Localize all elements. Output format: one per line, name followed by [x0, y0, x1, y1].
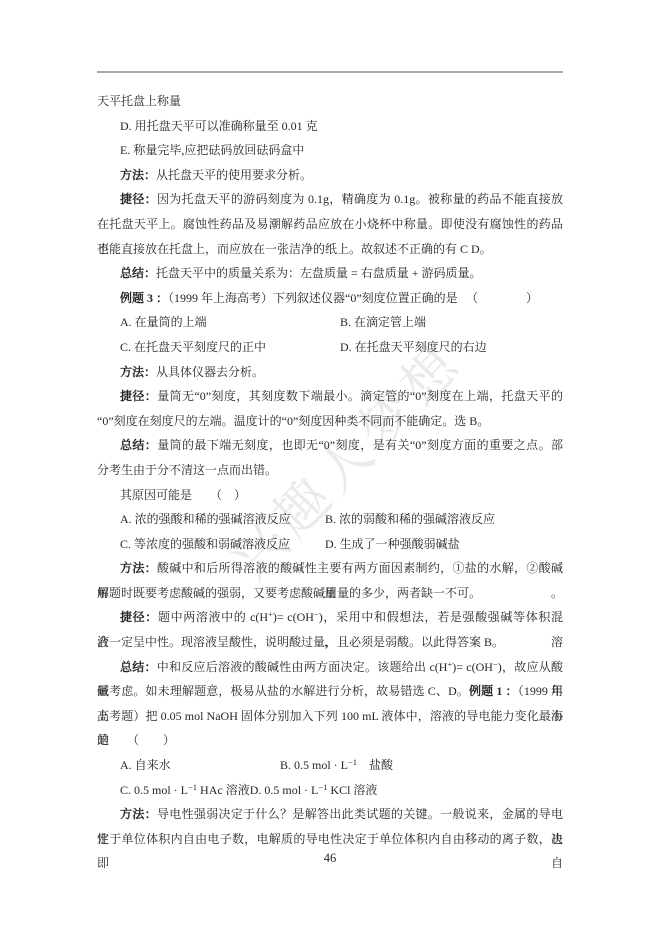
text-line: 方法：导电性强弱决定于什么？是解答出此类试题的关键。一般说来，金属的导电性决 [97, 802, 563, 827]
body-text: 托盘天平中的质量关系为：左盘质量 = 右盘质量 + 游码质量。 [156, 266, 482, 280]
body-text: 是 （ ） [97, 733, 175, 747]
body-text: )= c(OH [273, 610, 314, 624]
text-line: C. 0.5 mol · L−1 HAc 溶液D. 0.5 mol · L−1 … [97, 778, 563, 803]
text-line: 方法：从具体仪器去分析。 [97, 360, 563, 385]
label-text: 捷径： [120, 610, 158, 624]
text-line: C. 在托盘天平刻度尺的正中D. 在托盘天平刻度尺的右边 [97, 335, 563, 360]
body-text: )= c(OH [452, 660, 493, 674]
body-text: HAc 溶液D. 0.5 mol · L [197, 783, 318, 797]
option-item: A. 自来水 [120, 753, 171, 778]
body-text: “0”刻度在刻度尺的左端。温度计的“0”刻度因种类不同而不能确定。选 B。 [97, 414, 489, 428]
label-text: 方法： [120, 561, 157, 575]
option-item: D. 在托盘天平刻度尺的右边 [340, 335, 487, 360]
option-item: D. 生成了一种强酸弱碱盐 [325, 532, 460, 557]
option-item: C. 等浓度的强酸和弱碱溶液反应 [120, 532, 290, 557]
label-text: 例题 1 ： [469, 684, 518, 698]
text-line: A. 自来水B. 0.5 mol · L−1 盐酸 [97, 753, 563, 778]
text-line: “0”刻度在刻度尺的左端。温度计的“0”刻度因种类不同而不能确定。选 B。 [97, 409, 563, 434]
body-text: 中和反应后溶液的酸碱性由两方面决定。该题给出 c(H [157, 660, 448, 674]
text-line: 总结：量筒的最下端无刻度，也即无“0”刻度，是有关“0”刻度方面的重要之点。部 [97, 433, 563, 458]
text-line: 总结：中和反应后溶液的酸碱性由两方面决定。该题给出 c(H+)= c(OH−)，… [97, 655, 563, 680]
label-text: 方法： [120, 168, 156, 182]
label-text: 方法： [120, 807, 157, 821]
body-text: 从具体仪器去分析。 [156, 365, 264, 379]
text-line: 捷径：题中两溶液中的 c(H+)= c(OH−)，采用中和假想法，若是强酸强碱等… [97, 605, 563, 630]
body-text: 量考虑。如未理解题意，极易从盐的水解进行分析，故易错选 C、D。 [97, 684, 469, 698]
option-item: A. 浓的强酸和稀的强碱溶液反应 [120, 507, 291, 532]
text-line: 总结：托盘天平中的质量关系为：左盘质量 = 右盘质量 + 游码质量。 [97, 261, 563, 286]
body-text: B. 0.5 mol · L [280, 758, 348, 772]
text-line: 例题 3 ：（1999 年上海高考）下列叙述仪器“0”刻度位置正确的是（ ） [97, 286, 563, 311]
body-text: B. 在滴定管上端 [340, 315, 426, 329]
body-text: 其原因可能是 （ ） [120, 488, 246, 502]
label-text: 例题 3 ： [120, 291, 168, 305]
document-page: 兴趣人梦想 天平托盘上称量D. 用托盘天平可以准确称量至 0.01 克E. 称量… [0, 0, 660, 933]
text-line: 天平托盘上称量 [97, 89, 563, 114]
label-text: 总结： [120, 266, 156, 280]
header-rule [97, 71, 563, 73]
text-line: A. 浓的强酸和稀的强碱溶液反应B. 浓的弱酸和稀的强碱溶液反应 [97, 507, 563, 532]
option-item: A. 在量筒的上端 [120, 310, 207, 335]
text-line: 在托盘天平上。腐蚀性药品及易潮解药品应放在小烧杯中称量。即使没有腐蚀性的药品也 [97, 212, 563, 237]
body-text: 量筒无“0”刻度，其刻度数下端最小。滴定管的“0”刻度在上端，托盘天平的 [157, 389, 563, 403]
text-line: A. 在量筒的上端B. 在滴定管上端 [97, 310, 563, 335]
body-text: 天平托盘上称量 [97, 94, 181, 108]
text-line: D. 用托盘天平可以准确称量至 0.01 克 [97, 114, 563, 139]
option-item: B. 在滴定管上端 [340, 310, 426, 335]
label-text: 总结： [120, 438, 157, 452]
body-text: 不能直接放在托盘上，而应放在一张洁净的纸上。故叙述不正确的有 C D。 [97, 242, 492, 256]
body-text: C. 0.5 mol · L [120, 783, 188, 797]
text-line: 捷径：因为托盘天平的游码刻度为 0.1g，精确度为 0.1g。被称量的药品不能直… [97, 187, 563, 212]
body-text: A. 浓的强酸和稀的强碱溶液反应 [120, 512, 291, 526]
label-text: 捷径： [120, 389, 157, 403]
label-text: 总结： [120, 660, 157, 674]
body-text: 液一定呈中性。现溶液呈酸性，说明酸过量，且必须是弱酸。以此得答案 B。 [97, 635, 504, 649]
body-text: D. 生成了一种强酸弱碱盐 [325, 537, 460, 551]
body-text: D. 用托盘天平可以准确称量至 0.01 克 [120, 119, 318, 133]
label-text: 捷径： [120, 192, 157, 206]
option-item: （ ） [443, 286, 538, 311]
text-line: 定于单位体积内自由电子数，电解质的导电性决定于单位体积内自由移动的离子数，也即自 [97, 827, 563, 852]
body-text: 盐酸 [357, 758, 393, 772]
text-line: 方法：从托盘天平的使用要求分析。 [97, 163, 563, 188]
body-text: C. 等浓度的强酸和弱碱溶液反应 [120, 537, 290, 551]
body-text: （1999 年上海高考）下列叙述仪器“0”刻度位置正确的是 [168, 291, 458, 305]
body-text: 分考生由于分不清这一点而出错。 [97, 463, 277, 477]
text-line: 方法：酸碱中和后所得溶液的酸碱性主要有两方面因素制约，①盐的水解，②酸碱用量。 [97, 556, 563, 581]
body-text: −1 [188, 782, 197, 792]
body-text: 解题时既要考虑酸碱的强弱，又要考虑酸碱用量的多少，两者缺一不可。 [97, 586, 481, 600]
text-line: 解题时既要考虑酸碱的强弱，又要考虑酸碱用量的多少，两者缺一不可。 [97, 581, 563, 606]
document-body: 天平托盘上称量D. 用托盘天平可以准确称量至 0.01 克E. 称量完毕,应把砝… [97, 89, 563, 851]
label-text: 方法： [120, 365, 156, 379]
text-line: 其原因可能是 （ ） [97, 483, 563, 508]
page-number: 46 [0, 851, 660, 866]
text-line: 量考虑。如未理解题意，极易从盐的水解进行分析，故易错选 C、D。例题 1 ：（1… [97, 679, 563, 704]
text-line: C. 等浓度的强酸和弱碱溶液反应D. 生成了一种强酸弱碱盐 [97, 532, 563, 557]
text-line: 高考题）把 0.05 mol NaOH 固体分别加入下列 100 mL 液体中，… [97, 704, 563, 729]
text-line: 液一定呈中性。现溶液呈酸性，说明酸过量，且必须是弱酸。以此得答案 B。 [97, 630, 563, 655]
text-line: 捷径：量筒无“0”刻度，其刻度数下端最小。滴定管的“0”刻度在上端，托盘天平的 [97, 384, 563, 409]
option-item: C. 在托盘天平刻度尺的正中 [120, 335, 266, 360]
body-text: −1 [348, 757, 357, 767]
body-text: B. 浓的弱酸和稀的强碱溶液反应 [325, 512, 495, 526]
text-line: 是 （ ） [97, 728, 563, 753]
body-text: 题中两溶液中的 c(H [158, 610, 268, 624]
text-line: 分考生由于分不清这一点而出错。 [97, 458, 563, 483]
body-text: 因为托盘天平的游码刻度为 0.1g，精确度为 0.1g。被称量的药品不能直接放 [157, 192, 563, 206]
body-text: D. 在托盘天平刻度尺的右边 [340, 340, 487, 354]
body-text: KCl 溶液 [327, 783, 377, 797]
text-line: E. 称量完毕,应把砝码放回砝码盒中 [97, 138, 563, 163]
option-item: B. 浓的弱酸和稀的强碱溶液反应 [325, 507, 495, 532]
option-item: B. 0.5 mol · L−1 盐酸 [280, 753, 393, 778]
body-text: 从托盘天平的使用要求分析。 [156, 168, 312, 182]
body-text: C. 在托盘天平刻度尺的正中 [120, 340, 266, 354]
body-text: 量筒的最下端无刻度，也即无“0”刻度，是有关“0”刻度方面的重要之点。部 [157, 438, 563, 452]
body-text: E. 称量完毕,应把砝码放回砝码盒中 [120, 143, 304, 157]
text-line: 不能直接放在托盘上，而应放在一张洁净的纸上。故叙述不正确的有 C D。 [97, 237, 563, 262]
body-text: A. 在量筒的上端 [120, 315, 207, 329]
body-text: A. 自来水 [120, 758, 171, 772]
body-text: （ ） [466, 291, 538, 305]
